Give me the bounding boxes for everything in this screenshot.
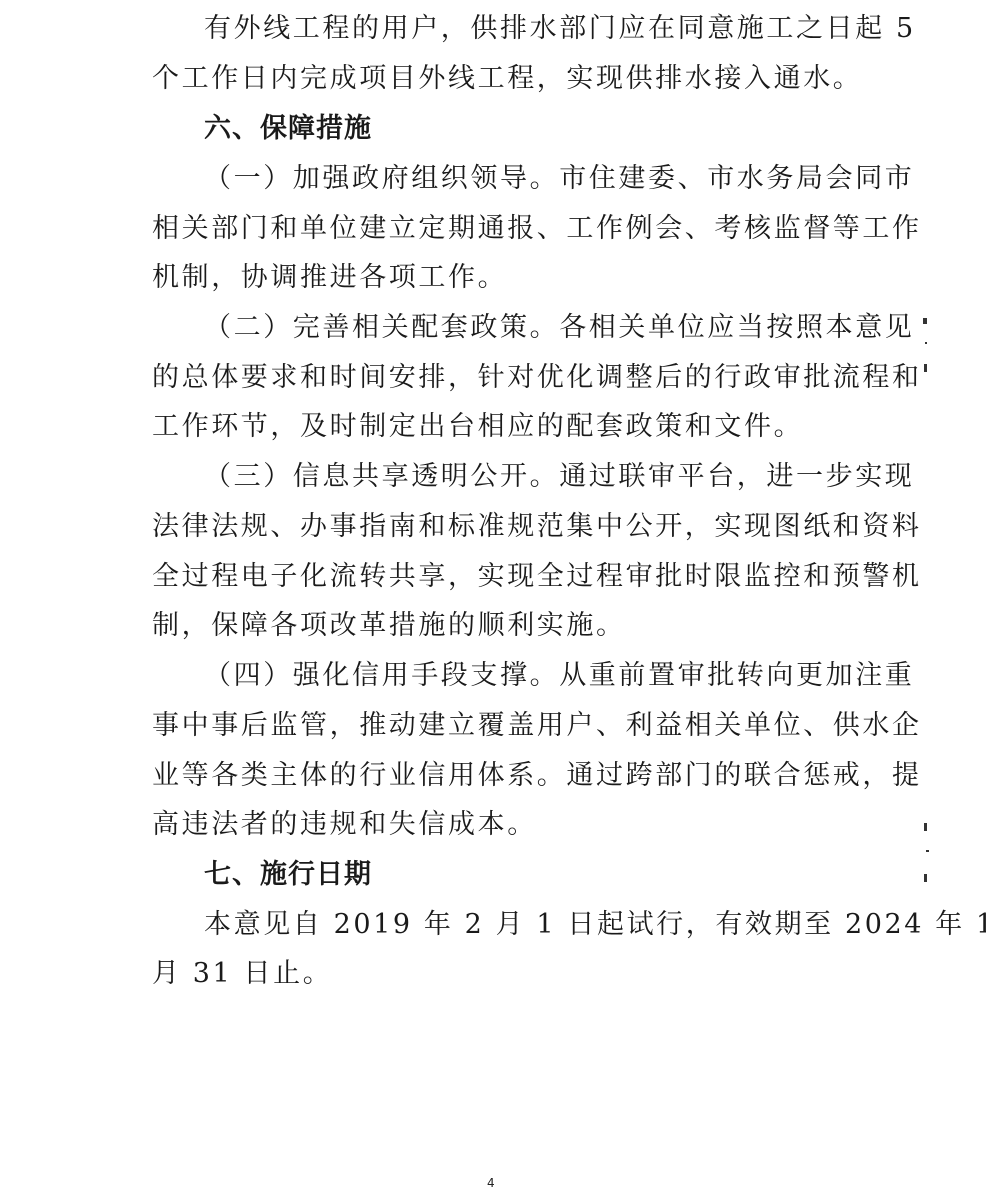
scan-artifact: [924, 364, 927, 372]
paragraph-line: （二）完善相关配套政策。各相关单位应当按照本意见: [204, 312, 844, 344]
scan-artifact: [924, 874, 927, 882]
paragraph-line: 高违法者的违规和失信成本。: [152, 809, 842, 841]
paragraph-line: 全过程电子化流转共享，实现全过程审批时限监控和预警机: [152, 561, 842, 593]
paragraph-line: 个工作日内完成项目外线工程，实现供排水接入通水。: [152, 63, 842, 95]
scan-artifact: [923, 318, 927, 324]
scan-artifact: [924, 823, 927, 831]
scan-artifact: [925, 342, 927, 344]
paragraph-line: 业等各类主体的行业信用体系。通过跨部门的联合惩戒，提: [152, 760, 842, 792]
section-heading-7: 七、施行日期: [204, 859, 844, 891]
paragraph-line: 法律法规、办事指南和标准规范集中公开，实现图纸和资料: [152, 511, 842, 543]
paragraph-line: 月 31 日止。: [152, 958, 842, 990]
paragraph-line: 事中事后监管，推动建立覆盖用户、利益相关单位、供水企: [152, 710, 842, 742]
paragraph-line: 机制，协调推进各项工作。: [152, 262, 842, 294]
scan-artifact: [926, 850, 929, 852]
paragraph-line: （三）信息共享透明公开。通过联审平台，进一步实现: [204, 461, 844, 493]
paragraph-line: 本意见自 2019 年 2 月 1 日起试行，有效期至 2024 年 1: [204, 909, 844, 941]
paragraph-line: 制，保障各项改革措施的顺利实施。: [152, 610, 842, 642]
paragraph-line: （四）强化信用手段支撑。从重前置审批转向更加注重: [204, 660, 844, 692]
page-number: 4: [487, 1176, 495, 1190]
paragraph-line: 有外线工程的用户，供排水部门应在同意施工之日起 5: [204, 13, 844, 45]
document-page: 有外线工程的用户，供排水部门应在同意施工之日起 5 个工作日内完成项目外线工程，…: [0, 0, 986, 1200]
paragraph-line: 的总体要求和时间安排，针对优化调整后的行政审批流程和: [152, 362, 842, 394]
paragraph-line: 相关部门和单位建立定期通报、工作例会、考核监督等工作: [152, 213, 842, 245]
paragraph-line: （一）加强政府组织领导。市住建委、市水务局会同市: [204, 163, 844, 195]
section-heading-6: 六、保障措施: [204, 113, 844, 145]
paragraph-line: 工作环节，及时制定出台相应的配套政策和文件。: [152, 411, 842, 443]
